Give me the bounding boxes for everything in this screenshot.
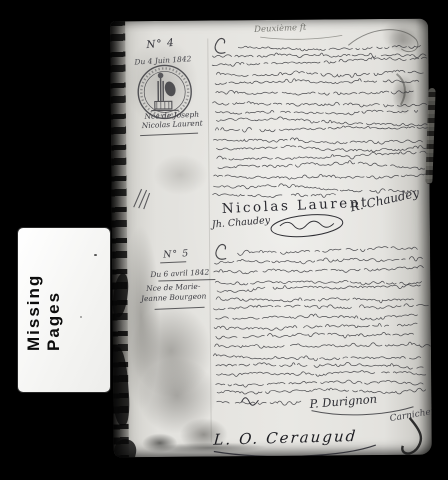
margin-paraph <box>134 189 150 209</box>
handwritten-line <box>212 56 427 66</box>
handwritten-line <box>216 313 418 321</box>
signature: L. O. Ceraugud <box>213 427 358 449</box>
handwritten-line <box>238 246 418 255</box>
handwritten-line <box>216 295 417 304</box>
handwritten-line <box>216 116 427 128</box>
paraph-flourish-inner <box>280 221 334 229</box>
handwritten-line <box>215 257 423 265</box>
initial-capital <box>216 244 226 259</box>
handwritten-line <box>213 304 428 311</box>
handwritten-line <box>216 361 423 370</box>
act-number-1: N° 4 <box>146 37 175 51</box>
handwritten-line <box>217 151 429 160</box>
handwritten-line <box>217 387 425 395</box>
handwritten-line <box>214 323 417 331</box>
handwritten-line <box>215 342 431 349</box>
handwritten-line <box>214 266 424 274</box>
handwritten-line <box>216 70 423 79</box>
fold-shadow <box>397 74 405 105</box>
handwritten-line <box>215 125 427 132</box>
handwritten-line <box>216 379 423 387</box>
header-flourish <box>260 35 342 39</box>
small-mark <box>241 398 258 406</box>
handwritten-line <box>216 89 413 96</box>
missing-pages-label: Missing Pages <box>24 269 64 351</box>
handwritten-line <box>216 144 426 153</box>
handwritten-line <box>213 137 422 146</box>
handwritten-line <box>214 173 428 180</box>
handwritten-line <box>214 352 421 362</box>
handwritten-line <box>213 100 427 109</box>
handwritten-line <box>215 78 423 85</box>
handwritten-line <box>217 401 301 406</box>
corner-curl <box>402 418 421 454</box>
speck <box>94 254 97 256</box>
initial-capital <box>215 38 225 53</box>
scanned-page: N° 4 Du 4 Juin 1842 Deuxième ft Nce de J… <box>110 19 432 458</box>
handwritten-line <box>238 45 420 52</box>
handwritten-line <box>212 52 425 60</box>
act-number-2: N° 5 <box>163 248 190 261</box>
missing-pages-card: Missing Pages <box>18 228 110 392</box>
speck <box>80 316 82 318</box>
handwritten-line <box>218 160 425 171</box>
handwriting-layer <box>110 19 432 458</box>
handwritten-line <box>217 284 420 292</box>
paraph-flourish <box>270 212 344 240</box>
handwritten-line <box>215 109 417 116</box>
handwritten-line <box>216 370 425 377</box>
header-paraph <box>348 29 418 52</box>
handwritten-line <box>216 332 416 339</box>
scan-viewer: N° 4 Du 4 Juin 1842 Deuxième ft Nce de J… <box>0 0 448 480</box>
